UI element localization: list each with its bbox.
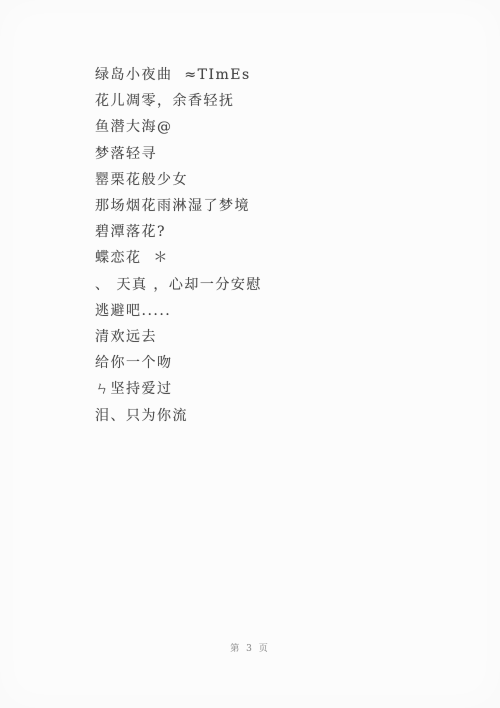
text-line: 花儿凋零，余香轻抚 — [95, 87, 470, 113]
text-line: 梦落轻寻 — [95, 140, 470, 166]
text-line: 鱼潜大海@ — [95, 113, 470, 139]
text-block: 绿岛小夜曲 ≈TImEs 花儿凋零，余香轻抚 鱼潜大海@ 梦落轻寻 罂栗花般少女… — [95, 61, 470, 428]
text-line: 逃避吧..... — [95, 297, 470, 323]
text-line: 、 天真 ，心却一分安慰 — [95, 271, 470, 297]
text-line: 罂栗花般少女 — [95, 166, 470, 192]
text-line: 那场烟花雨淋湿了梦境 — [95, 192, 470, 218]
text-line: 碧潭落花? — [95, 218, 470, 244]
text-line: 绿岛小夜曲 ≈TImEs — [95, 61, 470, 87]
page-number: 第 3 页 — [0, 641, 500, 654]
text-line: ㄣ坚持爱过 — [95, 375, 470, 401]
text-line: 泪、只为你流 — [95, 401, 470, 427]
text-line: 蝶恋花 ＊ — [95, 244, 470, 270]
document-page: 绿岛小夜曲 ≈TImEs 花儿凋零，余香轻抚 鱼潜大海@ 梦落轻寻 罂栗花般少女… — [0, 0, 500, 708]
text-line: 给你一个吻 — [95, 349, 470, 375]
text-line: 清欢远去 — [95, 323, 470, 349]
